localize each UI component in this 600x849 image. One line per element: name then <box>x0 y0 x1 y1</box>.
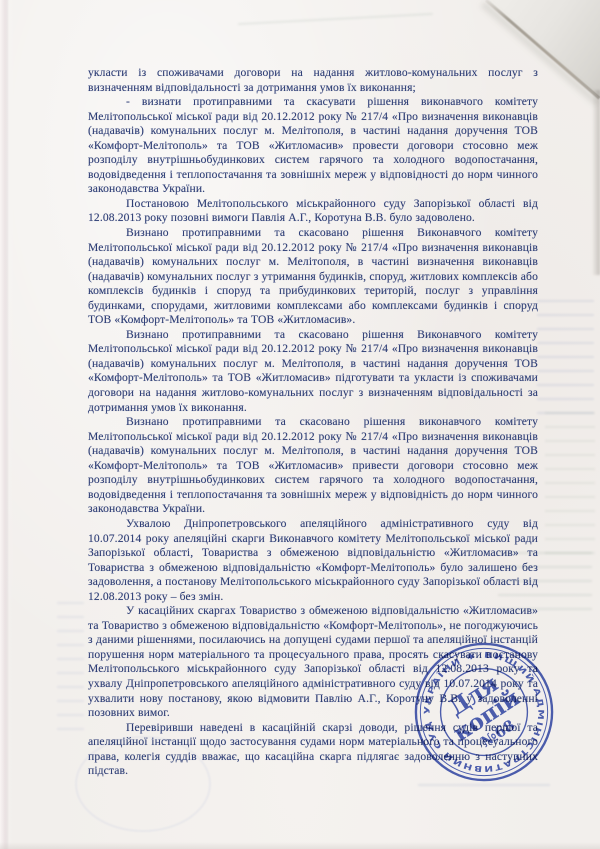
document-paragraph: Визнано протиправними та скасовано рішен… <box>88 415 538 517</box>
right-edge-shadow <box>592 90 600 275</box>
document-paragraph: Ухвалою Дніпропетровського апеляційного … <box>88 517 538 604</box>
stamp-center-text: Для копій №68 <box>436 665 534 761</box>
bleed-through-artifact <box>57 598 84 733</box>
document-paragraph: Визнано протиправними та скасовано рішен… <box>88 226 538 328</box>
scanned-document-page: укласти із споживачами договори на надан… <box>0 0 600 849</box>
document-paragraph: Постановою Мелітопольського міськрайонно… <box>88 197 538 226</box>
court-copy-stamp: ВИЩИЙ АДМІНІСТРАТИВНИЙ СУД УКРАЇНИ ✱ Для… <box>410 638 558 786</box>
bleed-through-artifact <box>545 408 595 558</box>
scan-bottom-edge <box>0 842 600 849</box>
bleed-through-artifact <box>238 9 434 37</box>
document-paragraph: - визнати протиправними та скасувати ріш… <box>88 95 538 197</box>
document-paragraph: укласти із споживачами договори на надан… <box>88 66 538 95</box>
scan-left-edge <box>0 0 9 849</box>
bleed-through-artifact <box>537 296 594 416</box>
document-paragraph: Визнано протиправними та скасовано рішен… <box>88 328 538 415</box>
